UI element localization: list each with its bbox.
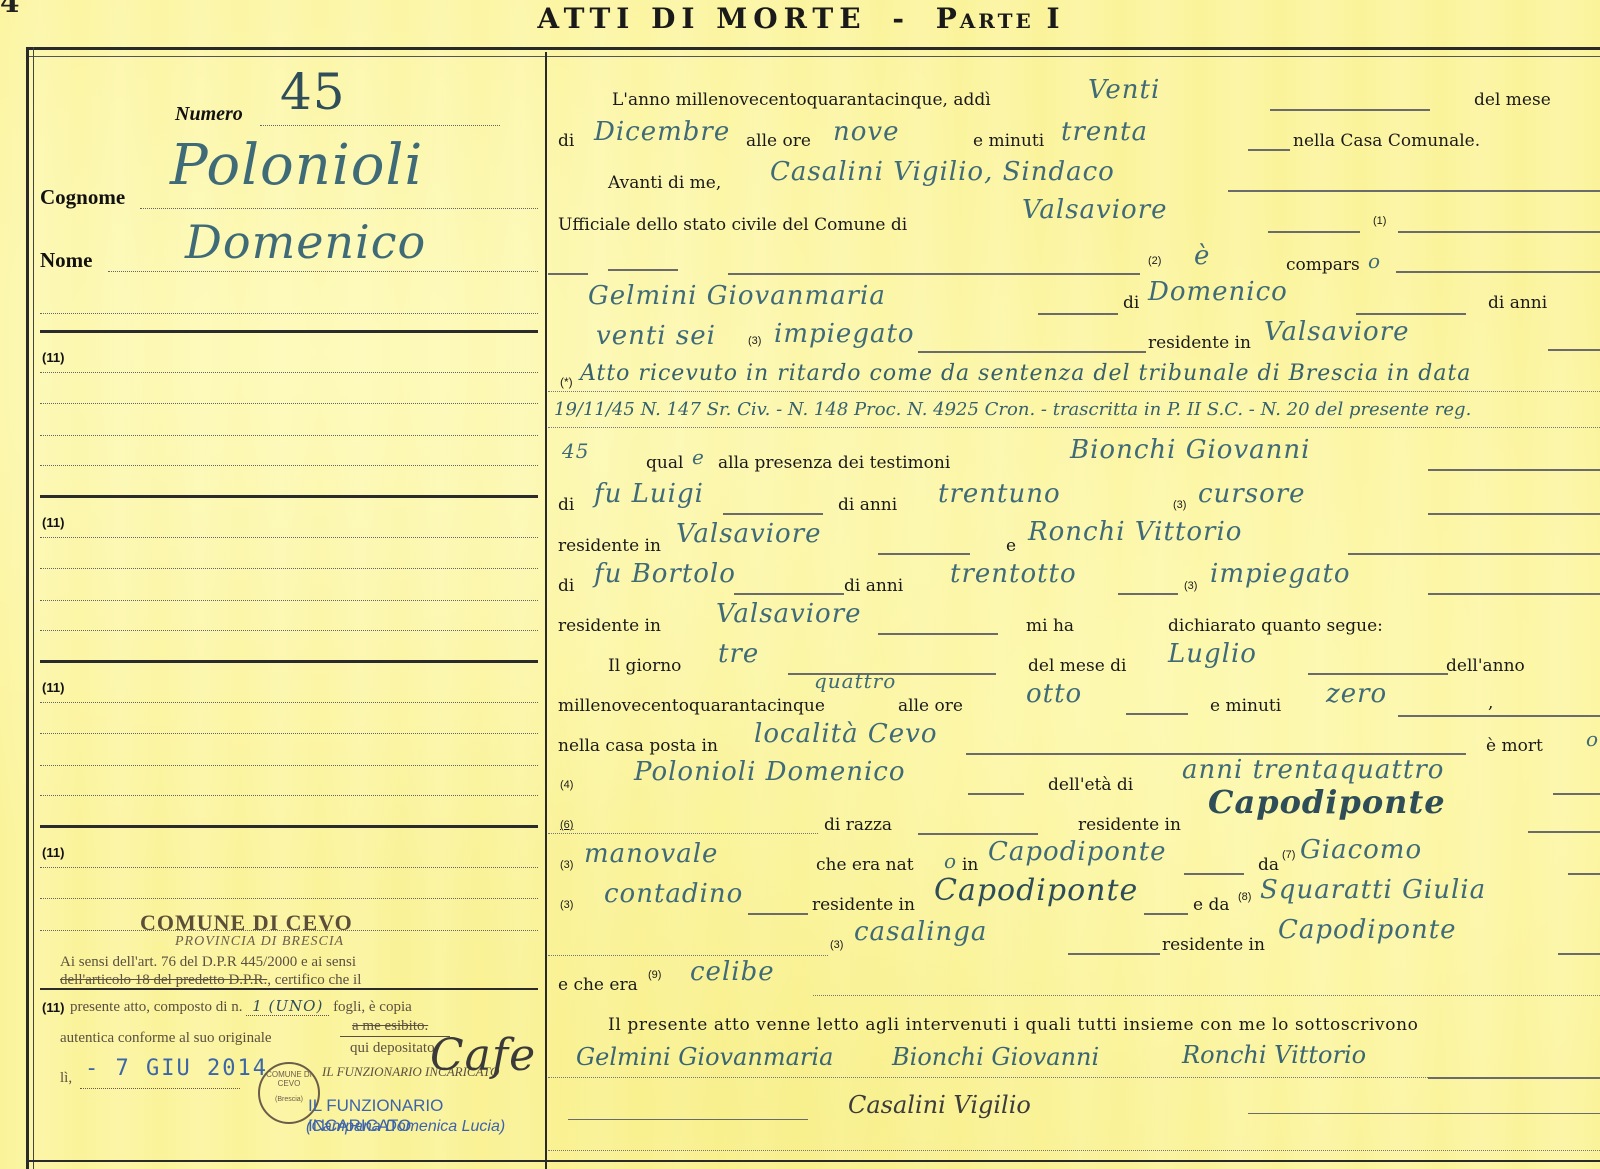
cert-date-prefix: lì, (60, 1068, 72, 1088)
label-comparso: compars (1286, 255, 1360, 275)
numero-label: Numero (175, 103, 243, 126)
footnote-3: (3) (1184, 580, 1197, 592)
official-name: (Campana Domenica Lucia) (306, 1118, 505, 1136)
label-di: di (558, 131, 574, 151)
cognome-label: Cognome (40, 185, 125, 210)
label-e-minuti: e minuti (1210, 696, 1281, 716)
seal-text: COMUNE DI CEVO (260, 1070, 318, 1088)
death-minutes: zero (1326, 679, 1387, 709)
late-note-marker: (*) (560, 375, 573, 389)
father-profession: contadino (604, 879, 743, 909)
declarant-name: Gelmini Giovanmaria (588, 281, 886, 311)
witness-2-profession: impiegato (1210, 559, 1351, 589)
father-name: Giacomo (1300, 835, 1422, 865)
numero-line (260, 125, 500, 126)
label-qual: qual (646, 453, 683, 473)
deceased-name: Polonioli Domenico (634, 757, 906, 787)
label-casa-comunale: nella Casa Comunale. (1293, 131, 1480, 151)
declarant-profession: impiegato (774, 319, 915, 349)
witness-1-residence: Valsaviore (676, 519, 822, 549)
footnote-3: (3) (748, 335, 761, 347)
label-di-anni: di anni (1488, 293, 1547, 313)
title-part: Parte I (936, 2, 1063, 35)
cognome-value: Polonioli (170, 133, 423, 198)
registration-month: Dicembre (594, 117, 730, 147)
signature-witness-1: Bionchi Giovanni (892, 1043, 1099, 1071)
cert-line-3-prefix: presente atto, composto di n. (70, 999, 242, 1015)
late-registration-note-line-1: Atto ricevuto in ritardo come da sentenz… (580, 361, 1471, 386)
declarant-residence: Valsaviore (1264, 317, 1410, 347)
dotted-line (40, 313, 538, 314)
label-dell-anno: dell'anno (1446, 656, 1525, 676)
signature-witness-2: Ronchi Vittorio (1182, 1041, 1366, 1069)
label-residente-in: residente in (1162, 935, 1265, 955)
nome-value: Domenico (185, 215, 426, 269)
footnote-1: (1) (1373, 215, 1386, 227)
cert-line-3: presente atto, composto di n. 1 (UNO) fo… (70, 996, 412, 1017)
cert-municipality: COMUNE DI CEVO (140, 910, 353, 936)
cert-line-2-rest: , certifico che il (267, 972, 361, 988)
label-ufficiale: Ufficiale dello stato civile del Comune … (558, 215, 907, 235)
footnote-4: (4) (560, 779, 573, 791)
label-e-minuti: e minuti (973, 131, 1044, 151)
father-residence: Capodiponte (934, 873, 1138, 908)
label-e: e (1006, 536, 1016, 556)
label-e-mort: è mort (1486, 736, 1543, 756)
cert-line-2-struck: dell'articolo 18 del predetto D.P.R. (60, 972, 267, 988)
nome-label: Nome (40, 248, 92, 273)
witness-1-name: Bionchi Giovanni (1070, 435, 1310, 465)
title-separator: - (892, 2, 910, 35)
punctuation-comma: , (1488, 693, 1493, 713)
cognome-line (140, 208, 538, 209)
label-alle-ore: alle ore (898, 696, 963, 716)
label-testimoni: alla presenza dei testimoni (718, 453, 950, 473)
witness-2-father: fu Bortolo (594, 559, 736, 589)
page-title: ATTI DI MORTE - Parte I (0, 2, 1600, 35)
left-column: Numero 45 Cognome Polonioli Nome Domenic… (30, 55, 545, 1165)
deceased-profession: manovale (584, 839, 718, 869)
label-avanti-di-me: Avanti di me, (608, 173, 721, 193)
signature-officer: Casalini Vigilio (848, 1091, 1031, 1119)
label-mi-ha: mi ha (1026, 616, 1074, 636)
label-di: di (558, 576, 574, 596)
deceased-birthplace: Capodiponte (988, 837, 1167, 867)
mother-profession: casalinga (854, 917, 987, 947)
cert-option: qui depositato. (350, 1038, 438, 1058)
cert-option-struck: a me esibito. (352, 1016, 428, 1036)
death-month: Luglio (1168, 639, 1257, 669)
label-casa-posta-in: nella casa posta in (558, 736, 718, 756)
witness-1-father: fu Luigi (594, 479, 704, 509)
annotation-section-2: (11) (40, 495, 540, 660)
death-day: tre (718, 639, 759, 669)
footnote-6: (6) (560, 819, 573, 831)
label-di: di (558, 495, 574, 515)
numero-value: 45 (280, 63, 346, 121)
label-da: da (1258, 855, 1279, 875)
cert-line-4-prefix: autentica conforme al suo originale (60, 1028, 272, 1048)
footnote-3: (3) (830, 939, 843, 951)
label-residente-in: residente in (558, 536, 661, 556)
e-mort-suffix: o (1586, 727, 1599, 751)
label-e-da: e da (1193, 895, 1229, 915)
label-di-father: di (1123, 293, 1139, 313)
signature-declarant: Gelmini Giovanmaria (576, 1043, 833, 1071)
label-del-mese-di: del mese di (1028, 656, 1126, 676)
annotation-note: (11) (42, 680, 64, 695)
declarant-father: Domenico (1148, 277, 1288, 307)
footnote-8: (8) (1238, 891, 1251, 903)
label-che-era-nat: che era nat (816, 855, 914, 875)
witness-2-name: Ronchi Vittorio (1028, 517, 1242, 547)
cert-line-1-text: Ai sensi dell'art. 76 del D.P.R 445/2000… (60, 952, 356, 972)
cert-sheet-count: 1 (UNO) (246, 997, 329, 1016)
death-year-correction: quattro (814, 669, 896, 693)
civil-status: celibe (690, 957, 775, 987)
comune-name: Valsaviore (1022, 195, 1168, 225)
death-registration-day: Venti (1088, 75, 1160, 105)
label-residente-in: residente in (1078, 815, 1181, 835)
nome-line (108, 271, 538, 272)
title-main: ATTI DI MORTE (537, 2, 866, 35)
declarant-age: venti sei (596, 321, 716, 351)
registration-minutes: trenta (1061, 117, 1148, 147)
mother-name: Squaratti Giulia (1260, 875, 1486, 905)
mother-residence: Capodiponte (1278, 915, 1457, 945)
label-del-mese: del mese (1474, 90, 1551, 110)
late-registration-note-line-3: 45 (562, 439, 589, 463)
certification-stamp: COMUNE DI CEVO PROVINCIA DI BRESCIA Ai s… (40, 910, 545, 1165)
cert-date-stamp: - 7 GIU 2014 (85, 1056, 268, 1081)
label-di-razza: di razza (824, 815, 892, 835)
annotation-note: (11) (42, 845, 64, 860)
annotation-section-3: (11) (40, 660, 540, 825)
witness-1-profession: cursore (1198, 479, 1306, 509)
death-hours: otto (1026, 679, 1082, 709)
closing-statement: Il presente atto venne letto agli interv… (608, 1015, 1418, 1035)
cert-line-3-suffix: fogli, è copia (333, 999, 412, 1015)
death-place: località Cevo (754, 719, 938, 749)
column-divider (545, 52, 547, 1169)
verb-e: è (1194, 241, 1210, 271)
late-registration-note-line-2: 19/11/45 N. 147 Sr. Civ. - N. 148 Proc. … (554, 399, 1471, 420)
label-il-giorno: Il giorno (608, 656, 681, 676)
label-e-che-era: e che era (558, 975, 638, 995)
annotation-note: (11) (42, 515, 64, 530)
civil-registrar: Casalini Vigilio, Sindaco (770, 157, 1115, 187)
deceased-residence: Capodiponte (1208, 783, 1446, 821)
official-signature: Cafe (430, 1030, 536, 1081)
annotation-section-1: (11) (40, 330, 540, 495)
witness-1-age: trentuno (938, 479, 1061, 509)
label-di-anni: di anni (838, 495, 897, 515)
witness-2-residence: Valsaviore (716, 599, 862, 629)
registration-hours: nove (833, 117, 899, 147)
footnote-3: (3) (560, 899, 573, 911)
witness-2-age: trentotto (950, 559, 1077, 589)
annotation-note: (11) (42, 1000, 64, 1015)
born-suffix: o (944, 849, 957, 873)
label-alle-ore: alle ore (746, 131, 811, 151)
label-residente-in: residente in (558, 616, 661, 636)
cert-province: PROVINCIA DI BRESCIA (175, 934, 344, 950)
deceased-age: anni trentaquattro (1182, 755, 1444, 785)
record-year-intro: L'anno millenovecentoquarantacinque, add… (612, 90, 991, 110)
footnote-7: (7) (1282, 849, 1295, 861)
footnote-3: (3) (1173, 499, 1186, 511)
label-di-anni: di anni (844, 576, 903, 596)
cert-line-2: dell'articolo 18 del predetto D.P.R., ce… (60, 970, 361, 990)
label-dichiarato: dichiarato quanto segue: (1168, 616, 1383, 636)
qual-suffix: e (692, 445, 705, 469)
label-residente-in: residente in (1148, 333, 1251, 353)
footnote-2: (2) (1148, 255, 1161, 267)
label-residente-in: residente in (812, 895, 915, 915)
death-year-printed: millenovecentoquarantacinque (558, 696, 825, 716)
record-body: L'anno millenovecentoquarantacinque, add… (548, 55, 1600, 1160)
footnote-9: (9) (648, 969, 661, 981)
label-eta-di: dell'età di (1048, 775, 1133, 795)
comparso-suffix: o (1368, 249, 1381, 273)
label-in: in (962, 855, 978, 875)
footnote-3: (3) (560, 859, 573, 871)
annotation-note: (11) (42, 350, 64, 365)
